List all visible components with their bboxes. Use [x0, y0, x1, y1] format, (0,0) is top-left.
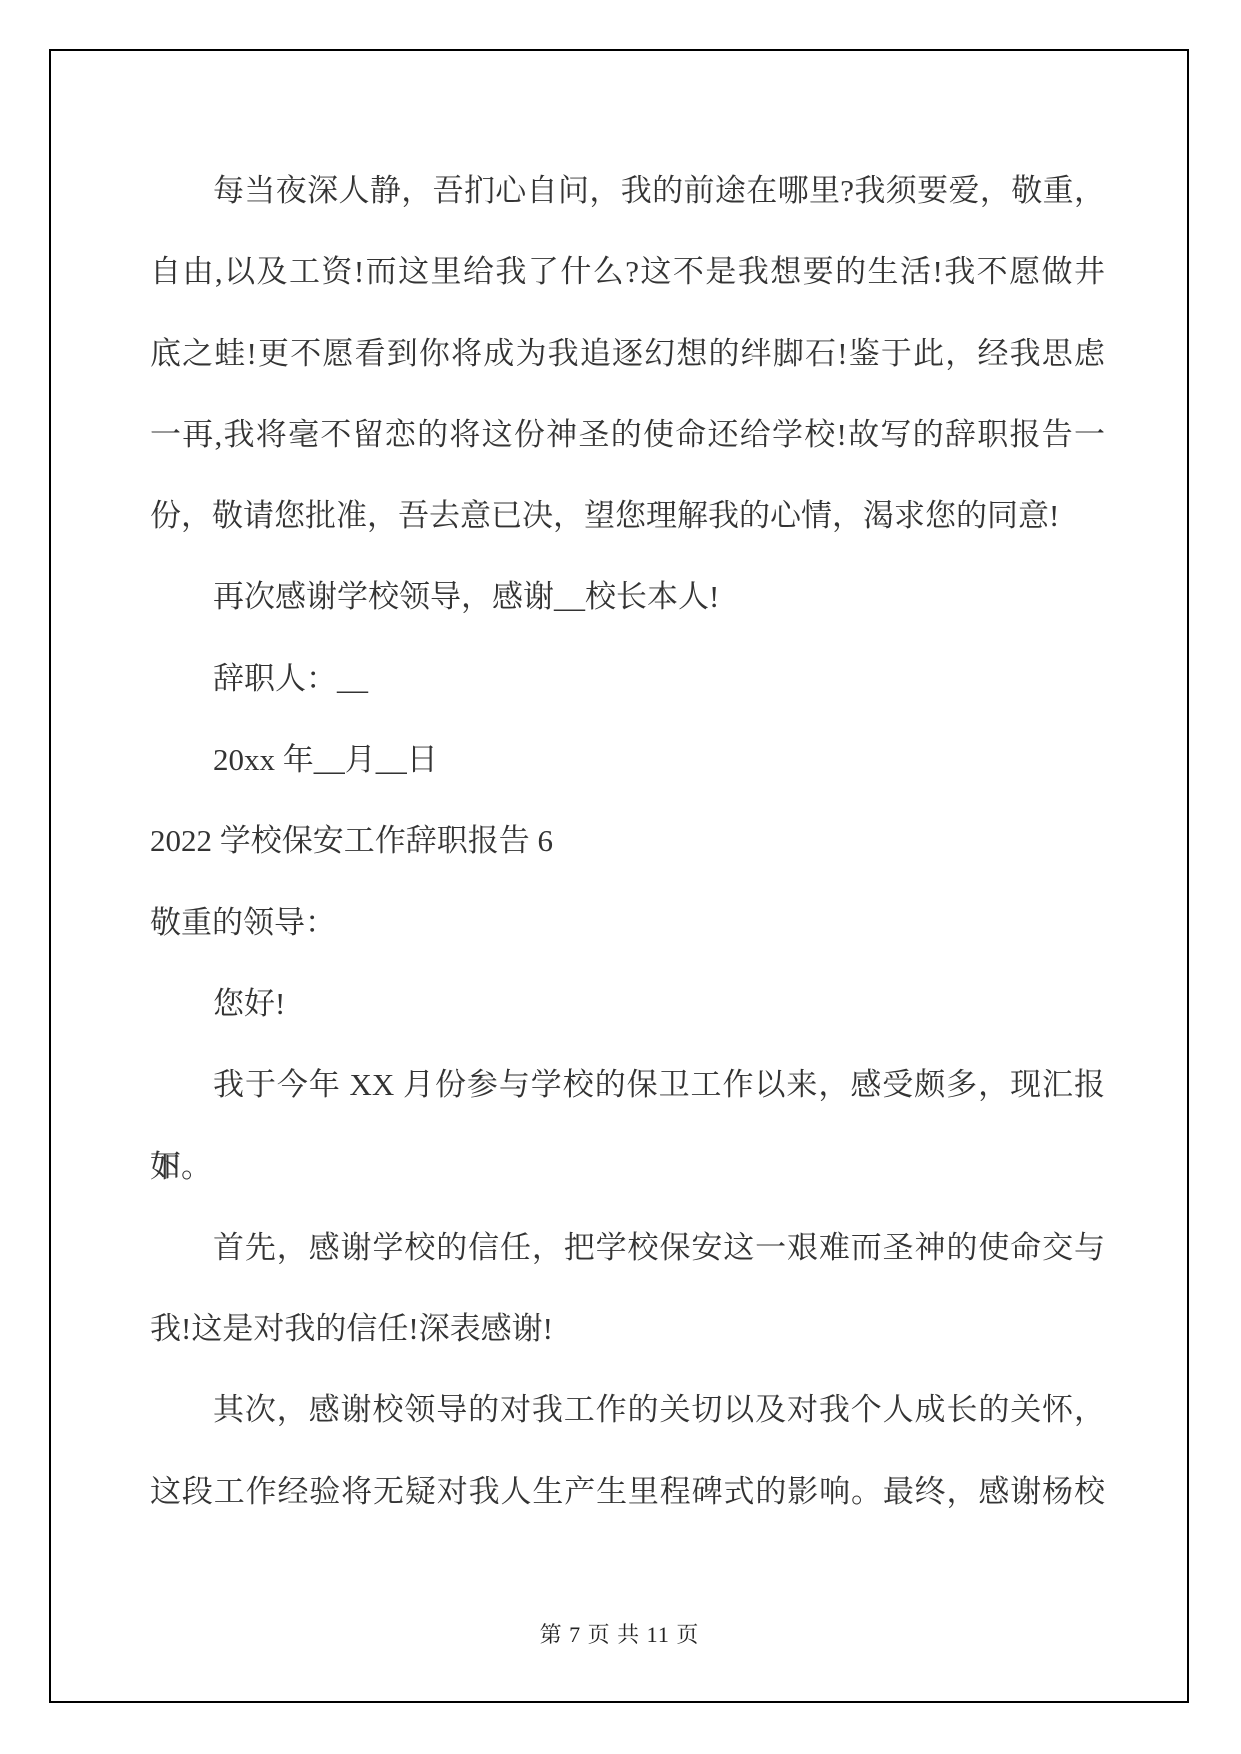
document-line-date: 20xx 年__月__日	[150, 719, 1105, 800]
document-line: 一再,我将毫不留恋的将这份神圣的使命还给学校!故写的辞职报告一	[150, 394, 1105, 475]
document-section-title: 2022 学校保安工作辞职报告 6	[150, 800, 1105, 881]
document-line: 首先，感谢学校的信任，把学校保安这一艰难而圣神的使命交与	[150, 1207, 1105, 1288]
document-line: 底之蛙!更不愿看到你将成为我追逐幻想的绊脚石!鉴于此，经我思虑	[150, 313, 1105, 394]
document-body: 每当夜深人静，吾扪心自问，我的前途在哪里?我须要爱，敬重， 自由,以及工资!而这…	[150, 150, 1105, 1532]
document-line: 我于今年 XX 月份参与学校的保卫工作以来，感受颇多，现汇报如	[150, 1044, 1105, 1125]
document-line: 我!这是对我的信任!深表感谢!	[150, 1288, 1105, 1369]
document-line: 份，敬请您批准，吾去意已决，望您理解我的心情，渴求您的同意!	[150, 475, 1105, 556]
document-line: 这段工作经验将无疑对我人生产生里程碑式的影响。最终，感谢杨校	[150, 1451, 1105, 1532]
page-number-footer: 第 7 页 共 11 页	[50, 1620, 1189, 1650]
document-line: 下。	[150, 1126, 1105, 1207]
document-line: 其次，感谢校领导的对我工作的关切以及对我个人成长的关怀，	[150, 1369, 1105, 1450]
document-line-signature: 辞职人：__	[150, 638, 1105, 719]
document-line: 您好!	[150, 963, 1105, 1044]
document-salutation: 敬重的领导：	[150, 882, 1105, 963]
document-line: 自由,以及工资!而这里给我了什么?这不是我想要的生活!我不愿做井	[150, 231, 1105, 312]
document-line: 每当夜深人静，吾扪心自问，我的前途在哪里?我须要爱，敬重，	[150, 150, 1105, 231]
document-line: 再次感谢学校领导，感谢__校长本人!	[150, 556, 1105, 637]
